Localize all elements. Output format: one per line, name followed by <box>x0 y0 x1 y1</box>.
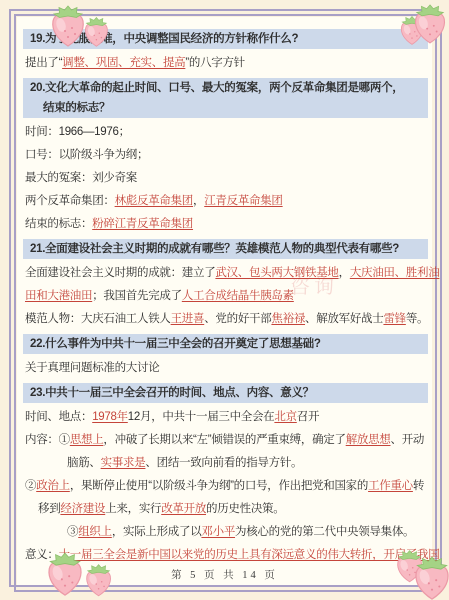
key-term: 十一届三全会是新中国以来党的历史上具有深远意义的伟大转折，开启了我国 <box>59 549 440 561</box>
key-term: 林彪反革命集团 <box>115 195 193 207</box>
text-run: ，冲破了长期以来“左”倾错误的严重束缚，确定了 <box>103 434 345 446</box>
answer-line: 提出了“调整、巩固、充实、提高”的八字方针 <box>17 52 432 75</box>
key-term: 组织上 <box>78 526 112 538</box>
answer-line: 田和大港油田；我国首先完成了人工合成结晶牛胰岛素 <box>17 285 432 308</box>
key-term: 工作重心 <box>368 480 413 492</box>
question-bar: 20.文化大革命的起止时间、口号、最大的冤案，两个反革命集团是哪两个，结束的标志… <box>23 78 428 118</box>
text-run: 意义： <box>25 549 59 561</box>
text-run: 结束的标志？ <box>43 102 110 114</box>
answer-line: 移到经济建设上来，实行改革开放的历史性决策。 <box>17 498 432 521</box>
question-line: 19.为了克服困难，中央调整国民经济的方针称作什么? <box>23 29 428 49</box>
text-run: 内容：① <box>25 434 70 446</box>
text-run: ③ <box>67 526 78 538</box>
qa-list: 19.为了克服困难，中央调整国民经济的方针称作什么?提出了“调整、巩固、充实、提… <box>17 17 432 567</box>
text-run: 转 <box>413 480 424 492</box>
text-run: 两个反革命集团： <box>25 195 115 207</box>
text-run: 时间：1966—1976； <box>25 126 130 138</box>
text-run: 时间、地点： <box>25 411 92 423</box>
key-term: 邓小平 <box>201 526 235 538</box>
answer-line: 两个反革命集团：林彪反革命集团，江青反革命集团 <box>17 190 432 213</box>
question-line: 结束的标志？ <box>23 98 428 118</box>
text-run: ， <box>339 267 350 279</box>
answer-line: 口号：以阶级斗争为纲； <box>17 144 432 167</box>
text-run: 22.什么事件为中共十一届三中全会的召开奠定了思想基础? <box>30 338 321 350</box>
text-run: ② <box>25 480 36 492</box>
text-run: 21.全面建设社会主义时期的成就有哪些？英雄模范人物的典型代表有哪些? <box>30 243 399 255</box>
key-term: 田和大港油田 <box>25 290 92 302</box>
text-run: 12月，中共十一届三中全会在 <box>128 411 275 423</box>
answer-line: 时间：1966—1976； <box>17 121 432 144</box>
text-run: 、党的好干部 <box>204 313 271 325</box>
text-run: 19.为了克服困难，中央调整国民经济的方针称作什么? <box>30 33 298 45</box>
text-run: 20.文化大革命的起止时间、口号、最大的冤案，两个反革命集团是哪两个， <box>30 82 403 94</box>
key-term: 解放思想 <box>346 434 391 446</box>
answer-line: 模范人物：大庆石油工人铁人王进喜、党的好干部焦裕禄、解放军好战士雷锋等。 <box>17 308 432 331</box>
text-run: 的历史性决策。 <box>206 503 284 515</box>
key-term: 江青反革命集团 <box>204 195 282 207</box>
text-run: 、解放军好战士 <box>305 313 383 325</box>
key-term: 焦裕禄 <box>271 313 305 325</box>
text-run: 脑筋、 <box>67 457 101 469</box>
text-run: 、开动 <box>391 434 425 446</box>
key-term: 王进喜 <box>171 313 205 325</box>
answer-line: 结束的标志：粉碎江青反革命集团 <box>17 213 432 236</box>
question-bar: 19.为了克服困难，中央调整国民经济的方针称作什么? <box>23 29 428 49</box>
answer-line: 全面建设社会主义时期的成就：建立了武汉、包头两大钢铁基地，大庆油田、胜利油 <box>17 262 432 285</box>
text-run: 口号：以阶级斗争为纲； <box>25 149 148 161</box>
key-term: 思想上 <box>70 434 104 446</box>
text-run: ， <box>193 195 204 207</box>
answer-line: 时间、地点：1978年12月，中共十一届三中全会在北京召开 <box>17 406 432 429</box>
key-term: 武汉、包头两大钢铁基地 <box>215 267 338 279</box>
question-bar: 22.什么事件为中共十一届三中全会的召开奠定了思想基础? <box>23 334 428 354</box>
text-run: 、团结一致向前看的指导方针。 <box>145 457 302 469</box>
key-term: 经济建设 <box>60 503 105 515</box>
key-term: 北京 <box>274 411 296 423</box>
key-term: 粉碎江青反革命集团 <box>92 218 193 230</box>
page-number-footer: 第 5 页 共 14 页 <box>0 567 449 582</box>
key-term: 政治上 <box>36 480 70 492</box>
answer-line: 脑筋、实事求是、团结一致向前看的指导方针。 <box>17 452 432 475</box>
text-run: ，果断停止使用“以阶级斗争为纲”的口号，作出把党和国家的 <box>70 480 368 492</box>
answer-line: 关于真理问题标准的大讨论 <box>17 357 432 380</box>
key-term: 人工合成结晶牛胰岛素 <box>182 290 294 302</box>
answer-line: 意义：十一届三全会是新中国以来党的历史上具有深远意义的伟大转折，开启了我国 <box>17 544 432 567</box>
question-line: 21.全面建设社会主义时期的成就有哪些？英雄模范人物的典型代表有哪些? <box>23 239 428 259</box>
text-run: 等。 <box>406 313 428 325</box>
text-run: 召开 <box>297 411 319 423</box>
answer-line: ②政治上，果断停止使用“以阶级斗争为纲”的口号，作出把党和国家的工作重心转 <box>17 475 432 498</box>
question-line: 22.什么事件为中共十一届三中全会的召开奠定了思想基础? <box>23 334 428 354</box>
question-bar: 23.中共十一届三中全会召开的时间、地点、内容、意义？ <box>23 383 428 403</box>
question-line: 20.文化大革命的起止时间、口号、最大的冤案，两个反革命集团是哪两个， <box>23 78 428 98</box>
text-run: 模范人物：大庆石油工人铁人 <box>25 313 171 325</box>
question-line: 23.中共十一届三中全会召开的时间、地点、内容、意义？ <box>23 383 428 403</box>
answer-line: ③组织上，实际上形成了以邓小平为核心的党的第二代中央领导集体。 <box>17 521 432 544</box>
text-run: 23.中共十一届三中全会召开的时间、地点、内容、意义？ <box>30 387 314 399</box>
text-run: 提出了“ <box>25 57 62 69</box>
text-run: 关于真理问题标准的大讨论 <box>25 362 159 374</box>
text-run: 为核心的党的第二代中央领导集体。 <box>235 526 414 538</box>
text-run: ，实际上形成了以 <box>112 526 202 538</box>
text-run: 移到 <box>38 503 60 515</box>
key-term: 改革开放 <box>161 503 206 515</box>
key-term: 实事求是 <box>101 457 146 469</box>
answer-line: 最大的冤案：刘少奇案 <box>17 167 432 190</box>
text-run: 上来，实行 <box>105 503 161 515</box>
key-term: 1978年 <box>92 411 128 423</box>
question-bar: 21.全面建设社会主义时期的成就有哪些？英雄模范人物的典型代表有哪些? <box>23 239 428 259</box>
answer-line: 内容：①思想上，冲破了长期以来“左”倾错误的严重束缚，确定了解放思想、开动 <box>17 429 432 452</box>
key-term: 雷锋 <box>383 313 405 325</box>
text-run: 结束的标志： <box>25 218 92 230</box>
text-run: 最大的冤案：刘少奇案 <box>25 172 137 184</box>
key-term: 大庆油田、胜利油 <box>350 267 440 279</box>
key-term: 调整、巩固、充实、提高 <box>62 57 185 69</box>
text-run: ”的八字方针 <box>185 57 245 69</box>
text-run: ；我国首先完成了 <box>92 290 182 302</box>
text-run: 全面建设社会主义时期的成就：建立了 <box>25 267 215 279</box>
